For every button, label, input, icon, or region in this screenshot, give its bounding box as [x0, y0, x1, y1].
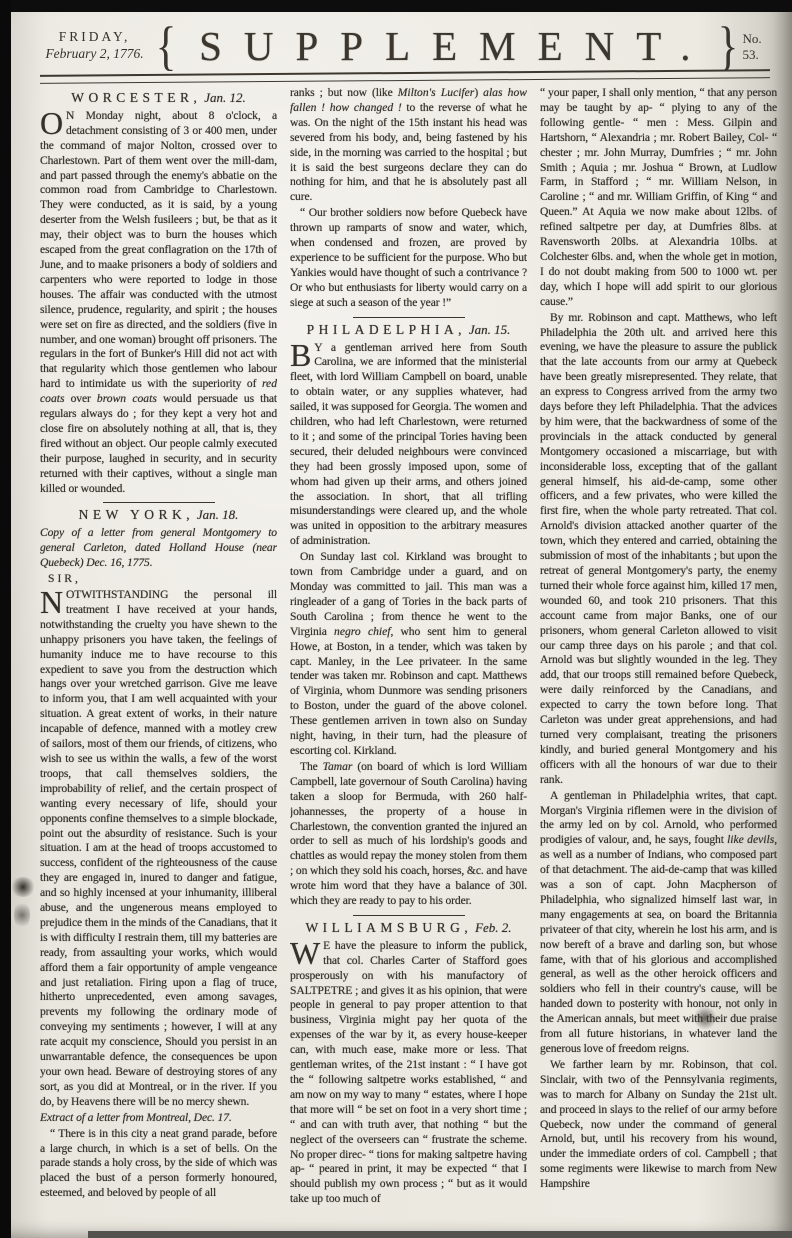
paragraph-text: OTWITHSTANDING the personal ill treatmen… — [40, 588, 277, 1108]
article-separator-rule — [353, 915, 465, 916]
masthead: FRIDAY, February 2, 1776. { SUPPLEMENT. … — [38, 17, 772, 75]
heading-city: PHILADELPHIA, — [307, 322, 466, 337]
article-heading: PHILADELPHIA, Jan. 15. — [290, 323, 527, 339]
drop-cap: O — [40, 109, 66, 136]
heading-date: Feb. 2. — [475, 920, 511, 935]
heading-date: Jan. 18. — [197, 507, 239, 522]
article-paragraph: “ your paper, I shall only mention, “ th… — [540, 86, 777, 310]
ink-smudge — [14, 900, 30, 930]
ink-smudge — [10, 877, 36, 897]
letter-salutation: SIR, — [40, 572, 277, 587]
article-paragraph: “ Our brother soldiers now before Quebec… — [290, 206, 527, 310]
article-paragraph: ON Monday night, about 8 o'clock, a deta… — [40, 109, 277, 497]
article-paragraph: ranks ; but now (like Milton's Lucifer) … — [290, 86, 527, 205]
article-paragraph: WE have the pleasure to inform the publi… — [290, 939, 527, 1207]
article-paragraph: NOTWITHSTANDING the personal ill treatme… — [40, 588, 277, 1110]
scan-bottom-edge — [88, 1231, 792, 1238]
article-paragraph: We farther learn by mr. Robinson, that c… — [540, 1058, 777, 1192]
paragraph-text: E have the pleasure to inform the public… — [290, 939, 527, 1205]
article-paragraph: The Tamar (on board of which is lord Wil… — [290, 760, 527, 909]
newspaper-page: FRIDAY, February 2, 1776. { SUPPLEMENT. … — [0, 0, 792, 1238]
heading-city: WILLIAMSBURG, — [305, 920, 472, 935]
article-heading: NEW YORK, Jan. 18. — [40, 508, 277, 524]
column-3: “ your paper, I shall only mention, “ th… — [540, 86, 777, 1222]
drop-cap: B — [290, 341, 314, 368]
heading-city: WORCESTER, — [71, 90, 201, 105]
article-paragraph: A gentleman in Philadelphia writes, that… — [540, 789, 777, 1057]
article-heading: WORCESTER, Jan. 12. — [40, 91, 277, 107]
scan-top-edge — [0, 0, 792, 12]
article-separator-rule — [103, 502, 215, 503]
letter-subhead: Copy of a letter from general Montgomery… — [40, 526, 277, 571]
heading-city: NEW YORK, — [79, 507, 195, 522]
article-paragraph: By mr. Robinson and capt. Matthews, who … — [540, 311, 777, 788]
issue-number: No. 53. — [742, 29, 772, 63]
article-paragraph: “ There is in this city a neat grand par… — [40, 1127, 277, 1202]
paragraph-text: N Monday night, about 8 o'clock, a detac… — [40, 109, 277, 495]
scan-left-edge — [0, 0, 11, 1238]
masthead-date: February 2, 1776. — [38, 46, 151, 63]
drop-cap: N — [40, 588, 66, 615]
drop-cap: W — [290, 939, 323, 966]
heading-date: Jan. 12. — [204, 90, 246, 105]
article-paragraph: On Sunday last col. Kirkland was brought… — [290, 550, 527, 759]
paragraph-text: Y a gentleman arrived here from South Ca… — [290, 341, 527, 548]
masthead-day: FRIDAY, — [38, 29, 151, 46]
column-1: WORCESTER, Jan. 12. ON Monday night, abo… — [40, 86, 277, 1222]
article-paragraph: BY a gentleman arrived here from South C… — [290, 341, 527, 550]
article-separator-rule — [353, 317, 465, 318]
masthead-dateline: FRIDAY, February 2, 1776. — [38, 29, 151, 63]
column-2: ranks ; but now (like Milton's Lucifer) … — [290, 86, 527, 1222]
column-container: WORCESTER, Jan. 12. ON Monday night, abo… — [40, 86, 777, 1222]
page-title: SUPPLEMENT. — [181, 22, 712, 70]
heading-date: Jan. 15. — [469, 322, 511, 337]
article-heading: WILLIAMSBURG, Feb. 2. — [290, 921, 527, 937]
extract-heading: Extract of a letter from Montreal, Dec. … — [40, 1111, 277, 1126]
